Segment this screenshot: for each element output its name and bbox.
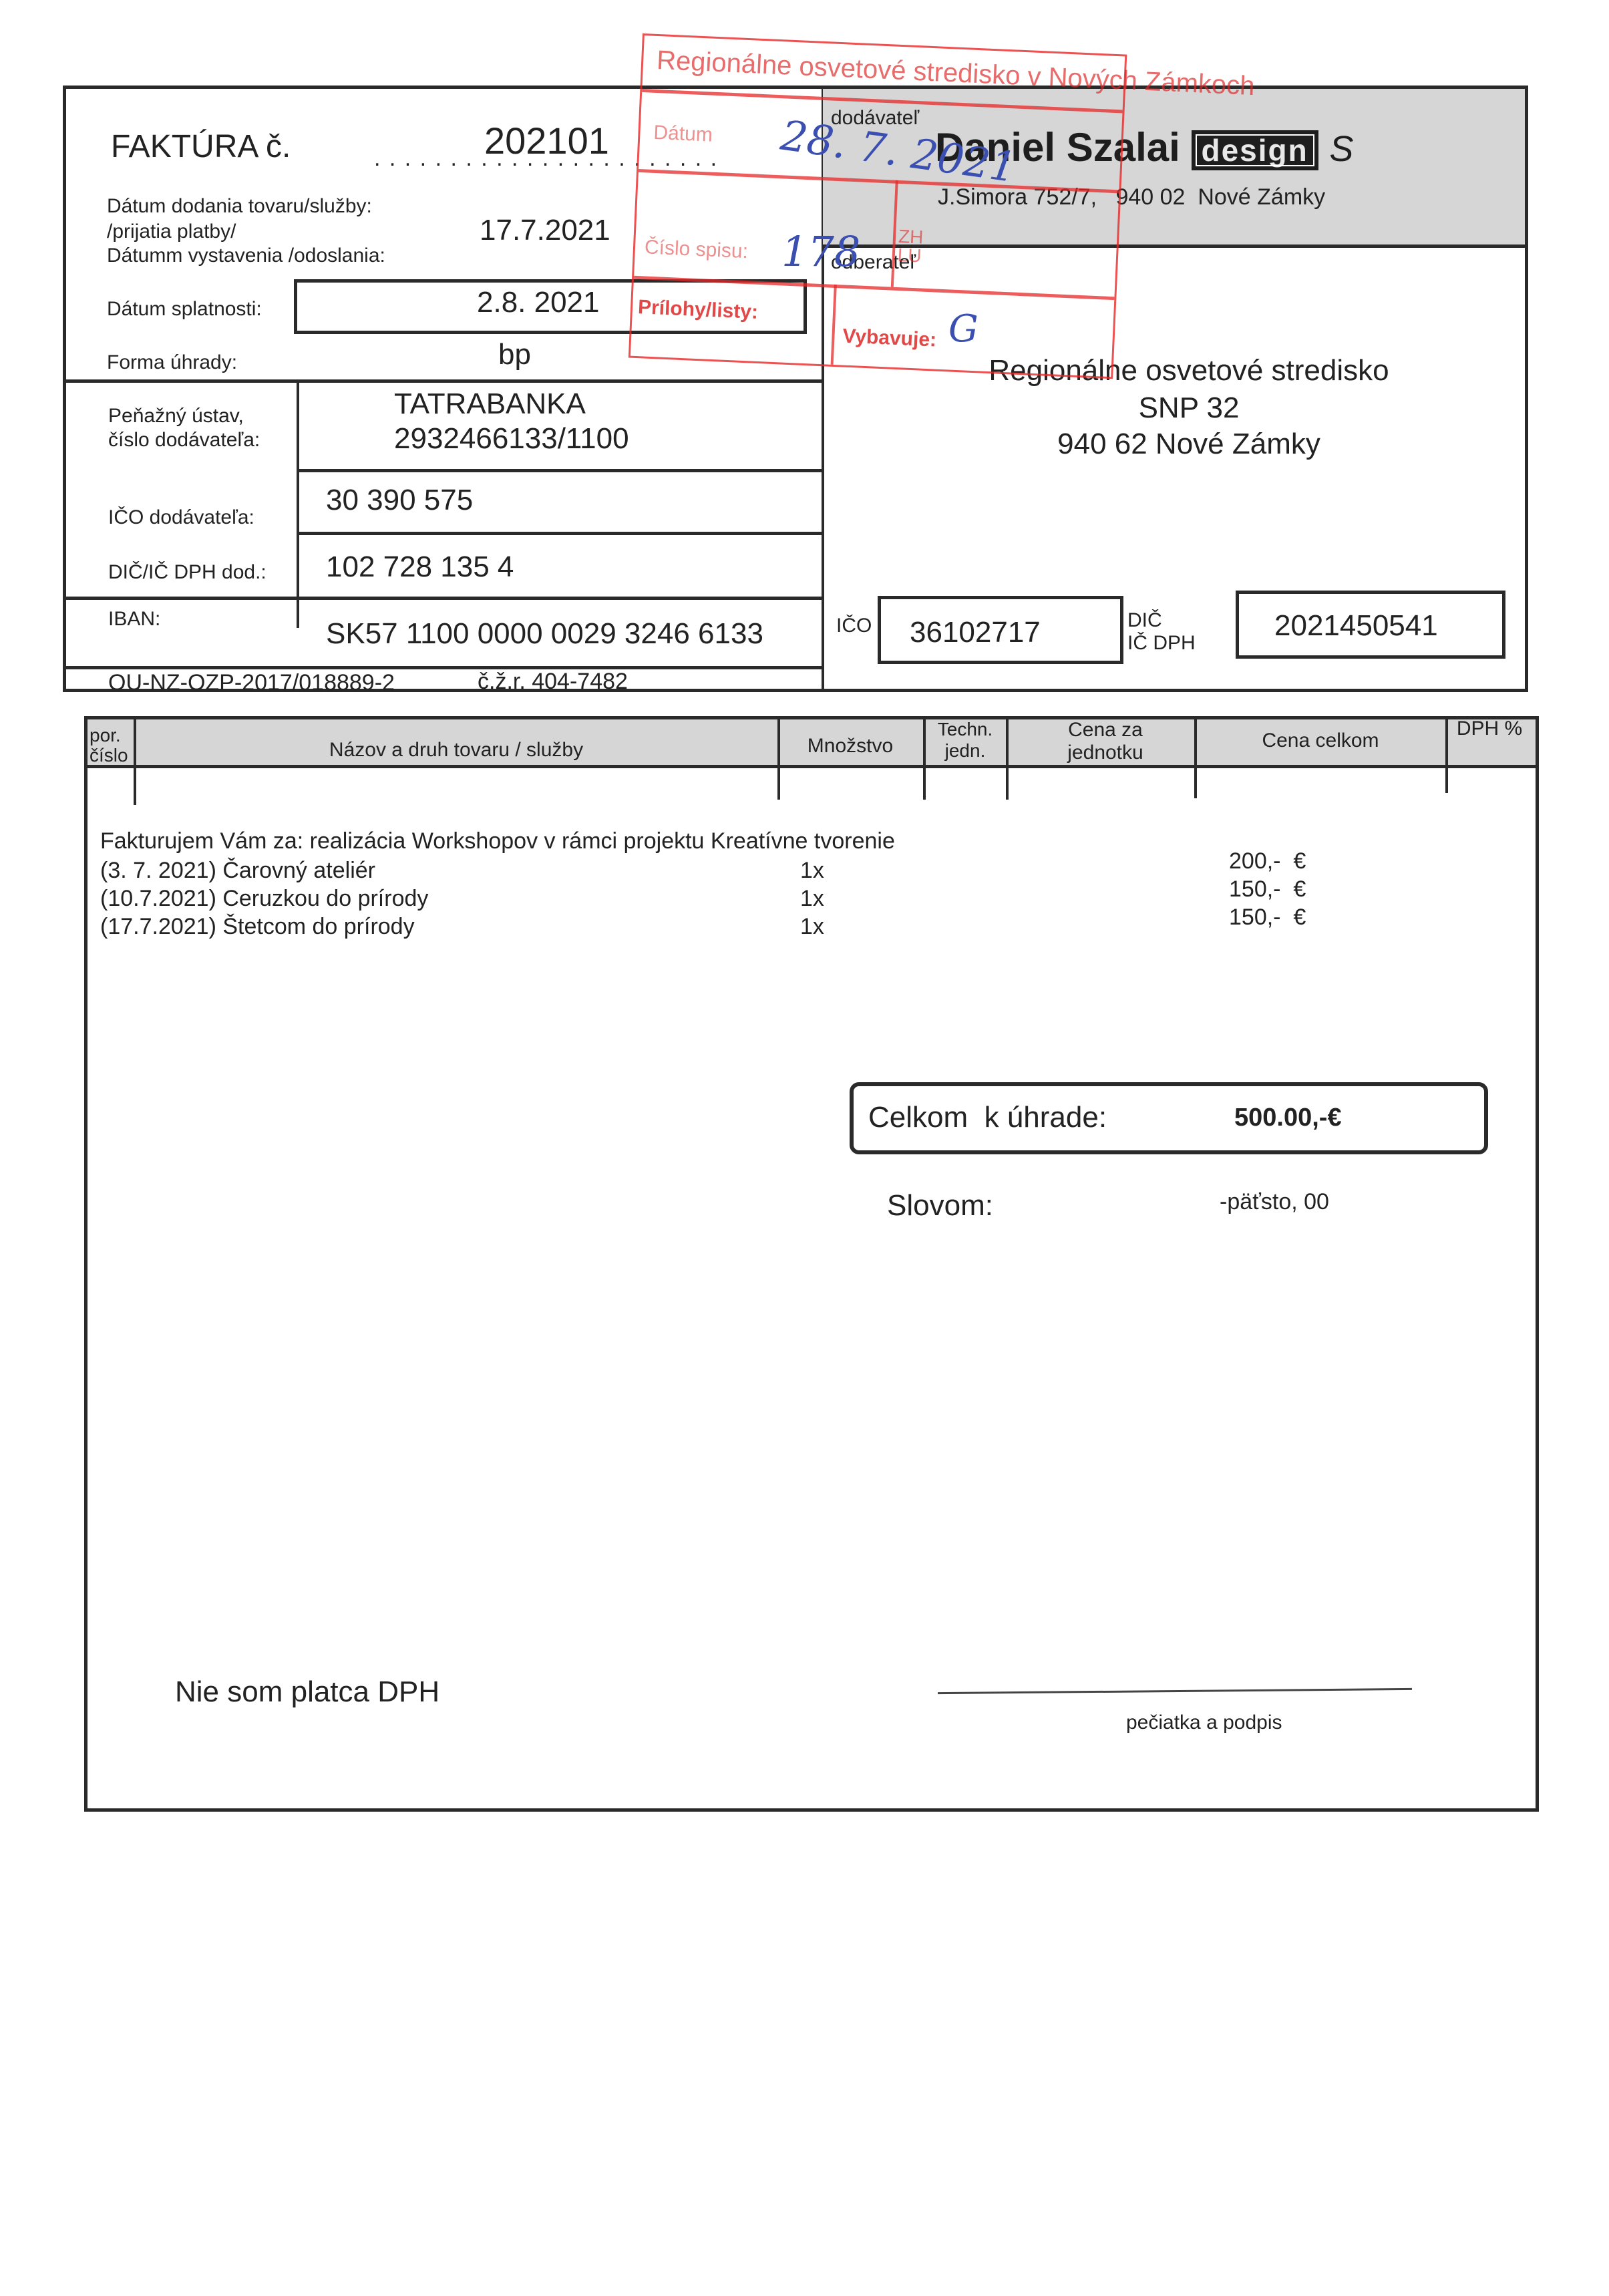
header-description: Názov a druh tovaru / služby (136, 739, 776, 762)
customer-ico-value: 36102717 (910, 616, 1041, 649)
item-quantity: 1x (800, 858, 824, 884)
stamp-code: ZH LU (897, 227, 932, 266)
customer-city: 940 62 Nové Zámky (962, 428, 1416, 461)
customer-dic-label-1: DIČ (1127, 609, 1162, 632)
col-div-4 (1006, 719, 1009, 800)
trade-registry: č.ž.r. 404-7482 (478, 669, 628, 695)
stamp-attachments-label: Prílohy/listy: (637, 296, 758, 324)
divider-bank-vertical (297, 381, 299, 628)
payment-value: bp (498, 338, 531, 371)
signature-label: pečiatka a podpis (1126, 1711, 1282, 1734)
stamp-divider (831, 285, 837, 365)
item-quantity: 1x (800, 914, 824, 940)
customer-street: SNP 32 (962, 391, 1416, 425)
col-div-1 (134, 719, 136, 805)
customer-dic-label-2: IČ DPH (1127, 632, 1196, 655)
divider-ico (298, 532, 823, 535)
item-price: 150,- € (1229, 905, 1306, 931)
dic-label: DIČ/IČ DPH dod.: (108, 561, 266, 584)
stamp-handler-handwritten: G (948, 307, 978, 351)
total-label: Celkom k úhrade: (868, 1101, 1107, 1134)
invoice-number: 202101 (484, 119, 609, 162)
item-description: (17.7.2021) Štetcom do prírody (100, 914, 415, 940)
total-value: 500.00,-€ (1234, 1104, 1342, 1132)
due-date-label: Dátum splatnosti: (107, 298, 262, 321)
divider-registry (65, 666, 823, 669)
bank-label-2: číslo dodávateľa: (108, 429, 260, 452)
bank-label-1: Peňažný ústav, (108, 405, 244, 428)
words-value: -päťsto, 00 (1220, 1189, 1329, 1215)
table-header-bottom (87, 765, 1536, 768)
delivery-date: 17.7.2021 (480, 214, 610, 247)
ico-value: 30 390 575 (326, 484, 473, 517)
item-description: (10.7.2021) Ceruzkou do prírody (100, 886, 428, 912)
stamp-handler-label: Vybavuje: (842, 325, 937, 352)
stamp-line-3 (634, 276, 1115, 300)
stamp-date-label: Dátum (653, 122, 713, 147)
delivery-label-3: Dátumm vystavenia /odoslania: (107, 244, 385, 267)
divider-bank-top (65, 379, 823, 383)
payment-label: Forma úhrady: (107, 351, 237, 374)
bank-name: TATRABANKA (394, 387, 586, 421)
bank-account: 2932466133/1100 (394, 422, 629, 456)
header-unit: Techn. jedn. (926, 719, 1005, 762)
item-price: 200,- € (1229, 848, 1306, 874)
item-description: (3. 7. 2021) Čarovný ateliér (100, 858, 375, 884)
customer-ico-label: IČO (836, 615, 872, 637)
delivery-label-1: Dátum dodania tovaru/služby: (107, 195, 372, 218)
item-price: 150,- € (1229, 876, 1306, 903)
col-div-2 (777, 719, 780, 800)
delivery-label-2: /prijatia platby/ (107, 220, 236, 243)
iban-label: IBAN: (108, 608, 160, 631)
divider-iban-top (65, 597, 823, 600)
iban-value: SK57 1100 0000 0029 3246 6133 (326, 617, 763, 651)
stamp-reg-handwritten: 178 (781, 227, 860, 276)
item-quantity: 1x (800, 886, 824, 912)
dic-value: 102 728 135 4 (326, 550, 514, 584)
invoice-title: FAKTÚRA č. (111, 128, 291, 165)
due-date-value: 2.8. 2021 (477, 286, 600, 319)
header-row-number: por. číslo (90, 725, 132, 766)
logo-s-icon: S (1329, 129, 1353, 169)
header-quantity: Množstvo (779, 735, 922, 758)
registry-number: OU-NZ-OZP-2017/018889-2 (108, 670, 395, 696)
words-label: Slovom: (887, 1189, 993, 1222)
header-vat: DPH % (1448, 717, 1531, 740)
items-intro: Fakturujem Vám za: realizácia Workshopov… (100, 828, 895, 854)
header-unit-price: Cena za jednotku (1029, 719, 1182, 764)
vat-note: Nie som platca DPH (175, 1675, 439, 1709)
header-total-price: Cena celkom (1197, 729, 1444, 752)
design-logo: design (1192, 130, 1318, 170)
stamp-reg-label: Číslo spisu: (644, 236, 748, 263)
divider-account (298, 469, 823, 472)
registry-stamp: Regionálne osvetové stredisko v Nových Z… (629, 33, 1127, 379)
customer-dic-value: 2021450541 (1274, 609, 1438, 643)
ico-label: IČO dodávateľa: (108, 506, 254, 529)
stamp-divider-2 (891, 180, 898, 287)
